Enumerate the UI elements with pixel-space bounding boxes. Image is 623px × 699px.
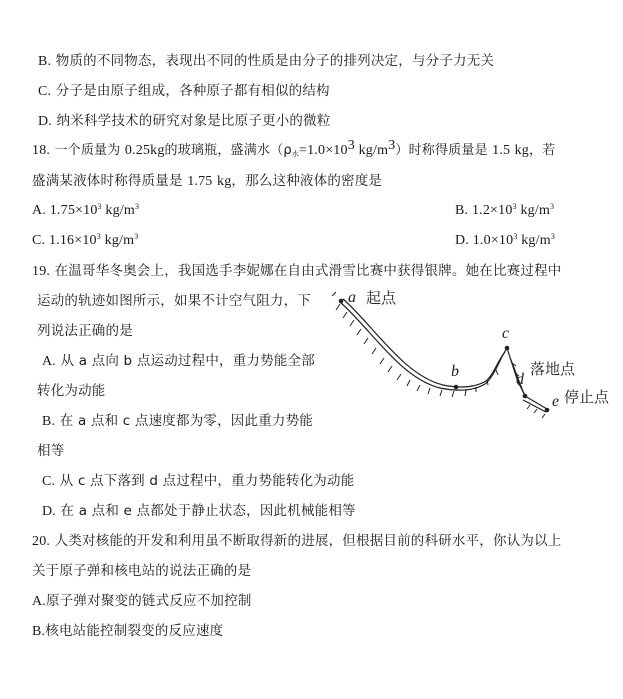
unit: kg/m bbox=[102, 203, 135, 218]
option-label: C. bbox=[32, 233, 45, 248]
stem-text: ，若 bbox=[529, 143, 555, 158]
ski-trajectory-diagram: a 起点 b c d 落地点 e 停止点 bbox=[330, 288, 623, 423]
option-label: D. bbox=[455, 233, 469, 248]
point-a-label: a bbox=[348, 290, 356, 306]
option-text: 核电站能控制裂变的反应速度 bbox=[45, 623, 223, 639]
option-text: 分子是由原子组成，各种原子都有相似的结构 bbox=[56, 83, 330, 99]
q19-option-d: D. 在 a 点和 e 点都处于静止状态，因此机械能相等 bbox=[42, 502, 356, 521]
q18-stem-line2: 盛满某液体时称得质量是 1.75 kg，那么这种液体的密度是 bbox=[32, 172, 382, 191]
question-number: 19. bbox=[32, 264, 50, 279]
q17-option-d: D. 纳米科学技术的研究对象是比原子更小的微粒 bbox=[38, 112, 331, 131]
q19-option-c: C. 从 c 点下落到 d 点过程中，重力势能转化为动能 bbox=[42, 472, 354, 491]
unit: kg/m bbox=[355, 143, 388, 158]
option-text: 纳米科学技术的研究对象是比原子更小的微粒 bbox=[57, 113, 331, 129]
option-value: 1.0×10 bbox=[473, 233, 514, 248]
unit: kg/m bbox=[518, 233, 551, 248]
unit: kg bbox=[150, 143, 164, 158]
formula: =1.0×10 bbox=[299, 143, 348, 158]
unit: kg/m bbox=[517, 203, 550, 218]
question-number: 18. bbox=[32, 143, 50, 158]
q17-option-b: B. 物质的不同物态，表现出不同的性质是由分子的排列决定，与分子力无关 bbox=[38, 52, 494, 71]
stop-point-label: 停止点 bbox=[564, 389, 609, 405]
stem-text: 在温哥华冬奥会上，我国选手李妮娜在自由式滑雪比赛中获得银牌。她在比赛过程中 bbox=[55, 263, 562, 279]
point-e-label: e bbox=[552, 394, 559, 410]
stem-text: ，那么这种液体的密度是 bbox=[231, 173, 382, 189]
option-text: 在 a 点和 c 点速度都为零，因此重力势能 bbox=[60, 413, 313, 429]
superscript: 3 bbox=[551, 232, 555, 241]
superscript: 3 bbox=[550, 202, 554, 211]
q19-option-a-line2: 转化为动能 bbox=[37, 382, 106, 400]
option-value: 1.75×10 bbox=[50, 203, 98, 218]
stem-text: 一个质量为 bbox=[54, 143, 120, 158]
superscript: 3 bbox=[135, 202, 139, 211]
option-text: 从 a 点向 b 点运动过程中，重力势能全部 bbox=[61, 353, 315, 369]
option-label: D. bbox=[38, 114, 52, 129]
point-d-label: d bbox=[516, 372, 524, 388]
option-label: C. bbox=[42, 474, 55, 489]
stem-text: 盛满某液体时称得质量是 bbox=[32, 173, 183, 189]
unit: kg bbox=[217, 174, 231, 189]
option-label: B. bbox=[38, 54, 51, 69]
q19-option-a-line1: A. 从 a 点向 b 点运动过程中，重力势能全部 bbox=[42, 352, 315, 371]
q19-stem-line3: 列说法正确的是 bbox=[37, 322, 133, 340]
q18-stem-line1: 18. 一个质量为 0.25kg的玻璃瓶，盛满水（ρ水=1.0×103 kg/m… bbox=[32, 142, 555, 160]
option-label: A. bbox=[32, 203, 46, 218]
subscript: 水 bbox=[292, 150, 299, 158]
q17-option-c: C. 分子是由原子组成，各种原子都有相似的结构 bbox=[38, 82, 330, 101]
superscript: 3 bbox=[134, 232, 138, 241]
value: 0.25 bbox=[125, 143, 150, 158]
q20-stem-line1: 20. 人类对核能的开发和利用虽不断取得新的进展，但根据目前的科研水平，你认为以… bbox=[32, 532, 562, 551]
q19-option-b-line2: 相等 bbox=[37, 442, 64, 460]
option-text: 从 c 点下落到 d 点过程中，重力势能转化为动能 bbox=[60, 473, 355, 489]
option-text: 物质的不同物态，表现出不同的性质是由分子的排列决定，与分子力无关 bbox=[56, 53, 494, 69]
option-text: 在 a 点和 e 点都处于静止状态，因此机械能相等 bbox=[61, 503, 356, 519]
stem-text: 的玻璃瓶，盛满水（ρ bbox=[165, 143, 292, 158]
point-c-label: c bbox=[502, 326, 509, 342]
point-b-label: b bbox=[451, 364, 459, 380]
q20-option-a: A.原子弹对聚变的链式反应不加控制 bbox=[32, 592, 252, 611]
option-label: A. bbox=[42, 354, 56, 369]
option-label: D. bbox=[42, 504, 56, 519]
option-label: B. bbox=[32, 624, 45, 639]
superscript: 3 bbox=[348, 138, 355, 153]
unit: kg bbox=[515, 143, 529, 158]
option-label: B. bbox=[455, 203, 468, 218]
unit: kg/m bbox=[101, 233, 134, 248]
q18-option-d: D. 1.0×103 kg/m3 bbox=[455, 232, 555, 250]
q20-option-b: B.核电站能控制裂变的反应速度 bbox=[32, 622, 223, 641]
stem-text: ）时称得质量是 bbox=[395, 143, 487, 158]
option-value: 1.2×10 bbox=[472, 203, 513, 218]
option-label: C. bbox=[38, 84, 51, 99]
question-number: 20. bbox=[32, 534, 50, 549]
option-value: 1.16×10 bbox=[49, 233, 97, 248]
stem-text: 人类对核能的开发和利用虽不断取得新的进展，但根据目前的科研水平，你认为以上 bbox=[55, 533, 562, 549]
option-label: B. bbox=[42, 414, 55, 429]
q20-stem-line2: 关于原子弹和核电站的说法正确的是 bbox=[32, 562, 251, 580]
q18-option-b: B. 1.2×103 kg/m3 bbox=[455, 202, 554, 220]
q18-option-a: A. 1.75×103 kg/m3 bbox=[32, 202, 139, 220]
q19-stem-line1: 19. 在温哥华冬奥会上，我国选手李妮娜在自由式滑雪比赛中获得银牌。她在比赛过程… bbox=[32, 262, 562, 281]
landing-point-label: 落地点 bbox=[530, 361, 575, 377]
value: 1.75 bbox=[187, 174, 212, 189]
q18-option-c: C. 1.16×103 kg/m3 bbox=[32, 232, 138, 250]
start-point-label: 起点 bbox=[366, 290, 396, 306]
option-label: A. bbox=[32, 594, 46, 609]
q19-stem-line2: 运动的轨迹如图所示，如果不计空气阻力，下 bbox=[37, 292, 311, 310]
option-text: 原子弹对聚变的链式反应不加控制 bbox=[46, 593, 252, 609]
q19-option-b-line1: B. 在 a 点和 c 点速度都为零，因此重力势能 bbox=[42, 412, 313, 431]
value: 1.5 bbox=[492, 143, 510, 158]
